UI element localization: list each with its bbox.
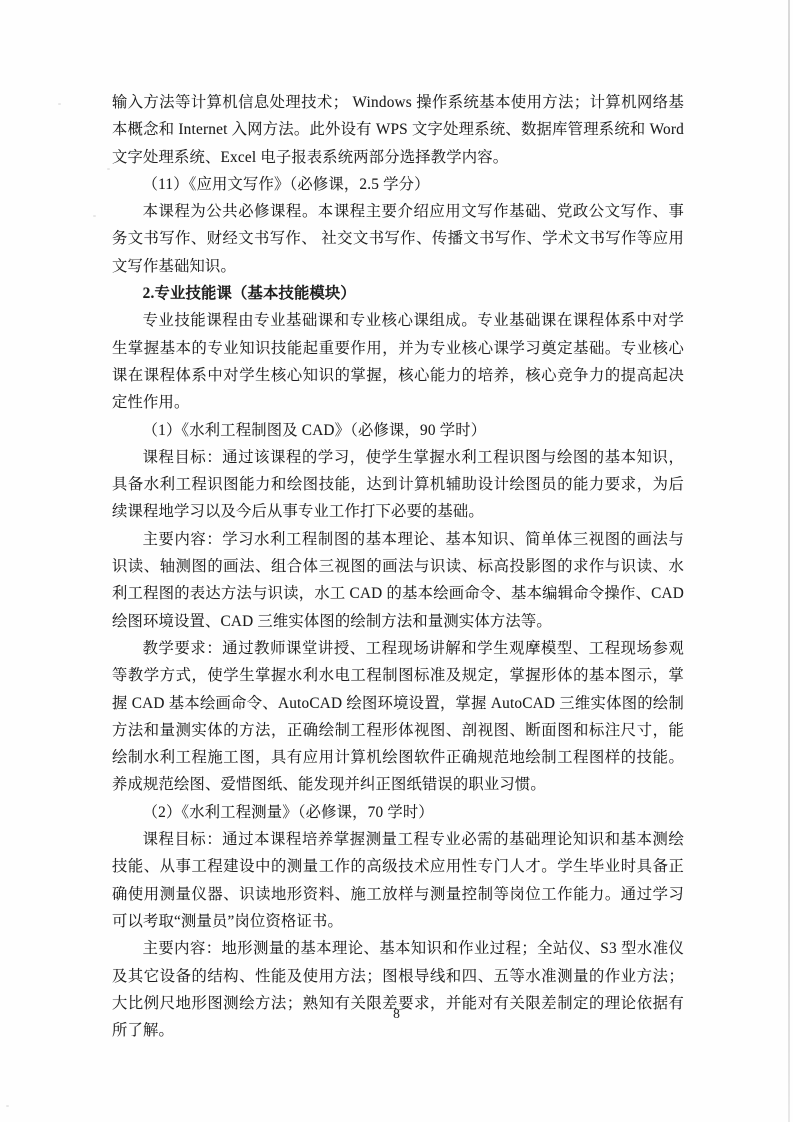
scan-edge-artifact: [788, 0, 790, 1122]
document-body: 输入方法等计算机信息处理技术； Windows 操作系统基本使用方法；计算机网络…: [112, 89, 684, 1044]
paragraph-professional-skills-intro: 专业技能课程由专业基础课和专业核心课组成。专业基础课在课程体系中对学生掌握基本的…: [112, 307, 684, 416]
course-title-engineering-survey: （2）《水利工程测量》（必修课，70 学时）: [112, 799, 684, 826]
paragraph-applied-writing-description: 本课程为公共必修课程。本课程主要介绍应用文写作基础、党政公文写作、事务文书写作、…: [112, 198, 684, 280]
paragraph-cad-course-objectives: 课程目标：通过该课程的学习，使学生掌握水利工程识图与绘图的基本知识，具备水利工程…: [112, 444, 684, 526]
scan-noise-speck: [93, 215, 96, 217]
section-heading-professional-skills: 2.专业技能课（基本技能模块）: [112, 280, 684, 307]
scan-noise-speck: [58, 103, 61, 105]
paragraph-survey-main-content: 主要内容：地形测量的基本理论、基本知识和作业过程；全站仪、S3 型水准仪及其它设…: [112, 935, 684, 1044]
course-title-applied-writing: （11）《应用文写作》（必修课，2.5 学分）: [112, 171, 684, 198]
paragraph-cad-teaching-requirements: 教学要求：通过教师课堂讲授、工程现场讲解和学生观摩模型、工程现场参观等教学方式，…: [112, 635, 684, 799]
course-title-cad-drawing: （1）《水利工程制图及 CAD》（必修课，90 学时）: [112, 417, 684, 444]
page-number: 8: [0, 1006, 793, 1022]
scanned-document-page: 输入方法等计算机信息处理技术； Windows 操作系统基本使用方法；计算机网络…: [0, 0, 793, 1122]
scan-noise-speck: [6, 1105, 9, 1107]
paragraph-cad-main-content: 主要内容：学习水利工程制图的基本理论、基本知识、简单体三视图的画法与识读、轴测图…: [112, 526, 684, 635]
paragraph-survey-course-objectives: 课程目标：通过本课程培养掌握测量工程专业必需的基础理论知识和基本测绘技能、从事工…: [112, 826, 684, 935]
paragraph-computer-course-continuation: 输入方法等计算机信息处理技术； Windows 操作系统基本使用方法；计算机网络…: [112, 89, 684, 171]
scan-noise-speck: [107, 168, 110, 170]
